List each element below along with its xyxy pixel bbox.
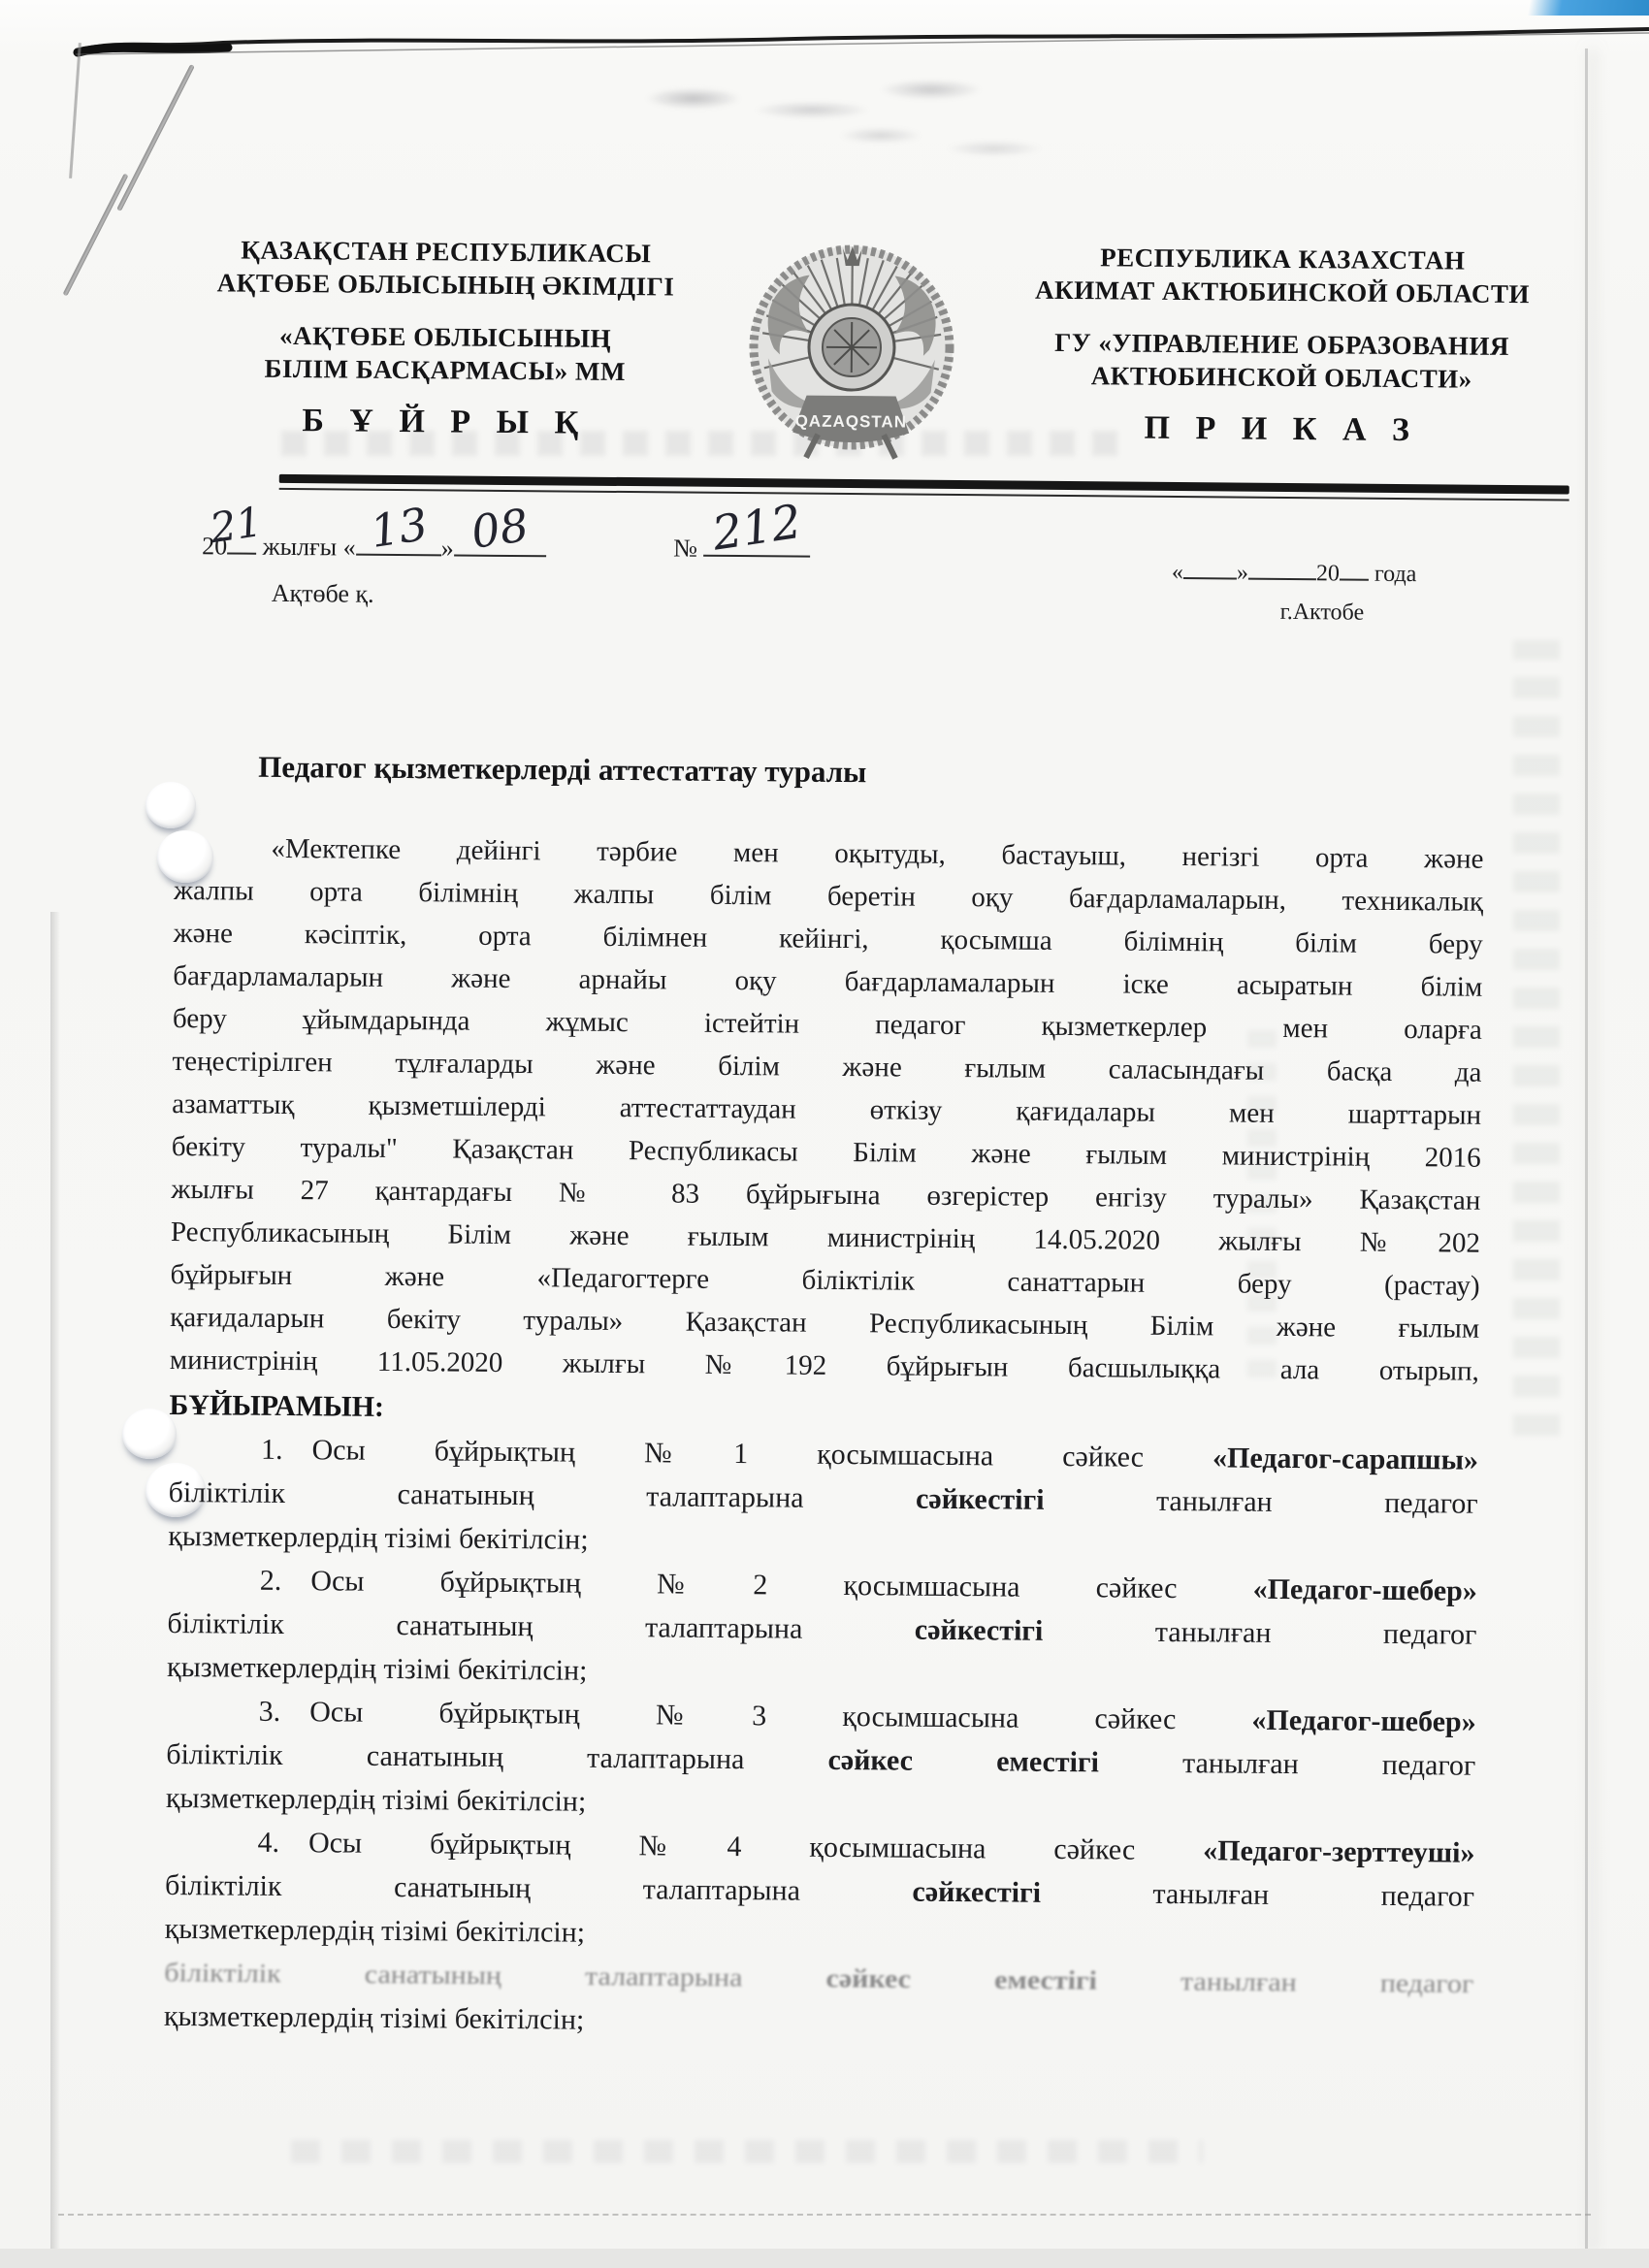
staple-mark <box>62 173 128 296</box>
order-paragraph: «Мектепке дейінгі тәрбие мен оқытуды, ба… <box>170 826 1484 1393</box>
scan-top-edge-line <box>0 0 1649 68</box>
doc-type-kk: Б Ұ Й Р Ы Қ <box>207 402 682 442</box>
order-items: 1. Осы бұйрықтың №1 қосымшасына сәйкес «… <box>164 1427 1478 2050</box>
emblem-caption: QAZAQSTAN <box>795 412 908 432</box>
order-item: 2. Осы бұйрықтың №2 қосымшасына сәйкес «… <box>167 1558 1477 1701</box>
ink-bleed-artifact <box>1513 640 1560 1436</box>
order-item: 3. Осы бұйрықтың №3 қосымшасына сәйкес «… <box>166 1689 1476 1831</box>
dateline: 2021 жылғы «13»08 Ақтөбе қ. № 212 «»20 г… <box>176 510 1486 646</box>
order-title: Педагог қызметкерлерді аттестаттау турал… <box>258 750 1484 795</box>
date-year-blank: 21 <box>227 548 256 554</box>
order-item: 1. Осы бұйрықтың №1 қосымшасына сәйкес «… <box>168 1427 1478 1570</box>
date-field-kk: 2021 жылғы «13»08 <box>202 532 546 564</box>
org-country-ru: РЕСПУБЛИКА КАЗАХСТАН <box>1004 240 1562 277</box>
date-field-ru: «»20 года <box>1172 560 1417 588</box>
org-name-ru-1: ГУ «УПРАВЛЕНИЕ ОБРАЗОВАНИЯ <box>1003 325 1561 363</box>
org-country-kk: ҚАЗАҚСТАН РЕСПУБЛИКАСЫ <box>209 233 684 270</box>
order-item-line: қызметкерлердің тізімі бекітілсін; <box>164 1994 1473 2050</box>
org-name-kk-1: «АҚТӨБЕ ОБЛЫСЫНЫҢ <box>208 318 683 355</box>
page-fold-shadow <box>1585 49 1588 2251</box>
letterhead-russian: РЕСПУБЛИКА КАЗАХСТАН АКИМАТ АКТЮБИНСКОЙ … <box>1002 240 1562 450</box>
date-label-kk: жылғы « <box>256 533 356 562</box>
org-name-ru-2: АКТЮБИНСКОЙ ОБЛАСТИ» <box>1003 358 1561 396</box>
scan-corner-artifact <box>1503 0 1649 16</box>
org-name-kk-2: БІЛІМ БАСҚАРМАСЫ» ММ <box>208 351 683 388</box>
scan-bottom-line <box>58 2214 1591 2216</box>
handwritten-year: 21 <box>207 498 265 552</box>
org-akimat-ru: АКИМАТ АКТЮБИНСКОЙ ОБЛАСТИ <box>1003 273 1561 310</box>
order-item: біліктілік санатының талаптарына сәйкес … <box>164 1951 1474 2050</box>
order-body: «Мектепке дейінгі тәрбие мен оқытуды, ба… <box>164 826 1484 2050</box>
document-content: ҚАЗАҚСТАН РЕСПУБЛИКАСЫ АҚТӨБЕ ОБЛЫСЫНЫҢ … <box>164 233 1489 2050</box>
staple-mark <box>116 64 195 211</box>
handwritten-month: 08 <box>468 499 532 559</box>
doc-type-ru: П Р И К А З <box>1002 408 1560 450</box>
city-kk: Ақтөбе қ. <box>272 579 374 609</box>
page-edge-shadow <box>50 912 60 2251</box>
order-item: 4. Осы бұйрықтың №4 қосымшасына сәйкес «… <box>165 1820 1475 1962</box>
org-akimat-kk: АҚТӨБЕ ОБЛЫСЫНЫҢ ӘКІМДІГІ <box>208 266 683 303</box>
pencil-smudge <box>805 114 1057 167</box>
scanned-document-page: ҚАЗАҚСТАН РЕСПУБЛИКАСЫ АҚТӨБЕ ОБЛЫСЫНЫҢ … <box>0 0 1649 2268</box>
kazakhstan-state-emblem-icon: QAZAQSTAN <box>738 232 965 465</box>
ink-bleed-artifact <box>291 2140 1203 2163</box>
number-blank: 212 <box>703 551 810 558</box>
handwritten-order-number: 212 <box>709 495 805 562</box>
scanner-edge-strip <box>0 2249 1649 2268</box>
handwritten-day: 13 <box>367 498 431 558</box>
date-month-blank: 08 <box>454 550 546 557</box>
city-ru: г.Актобе <box>1280 599 1365 627</box>
order-number-field: № 212 <box>673 534 811 564</box>
date-day-blank: 13 <box>356 550 441 557</box>
number-sign: № <box>673 534 697 562</box>
letterhead: ҚАЗАҚСТАН РЕСПУБЛИКАСЫ АҚТӨБЕ ОБЛЫСЫНЫҢ … <box>178 233 1489 487</box>
date-close-quote: » <box>441 534 454 562</box>
letterhead-kazakh: ҚАЗАҚСТАН РЕСПУБЛИКАСЫ АҚТӨБЕ ОБЛЫСЫНЫҢ … <box>207 233 684 442</box>
